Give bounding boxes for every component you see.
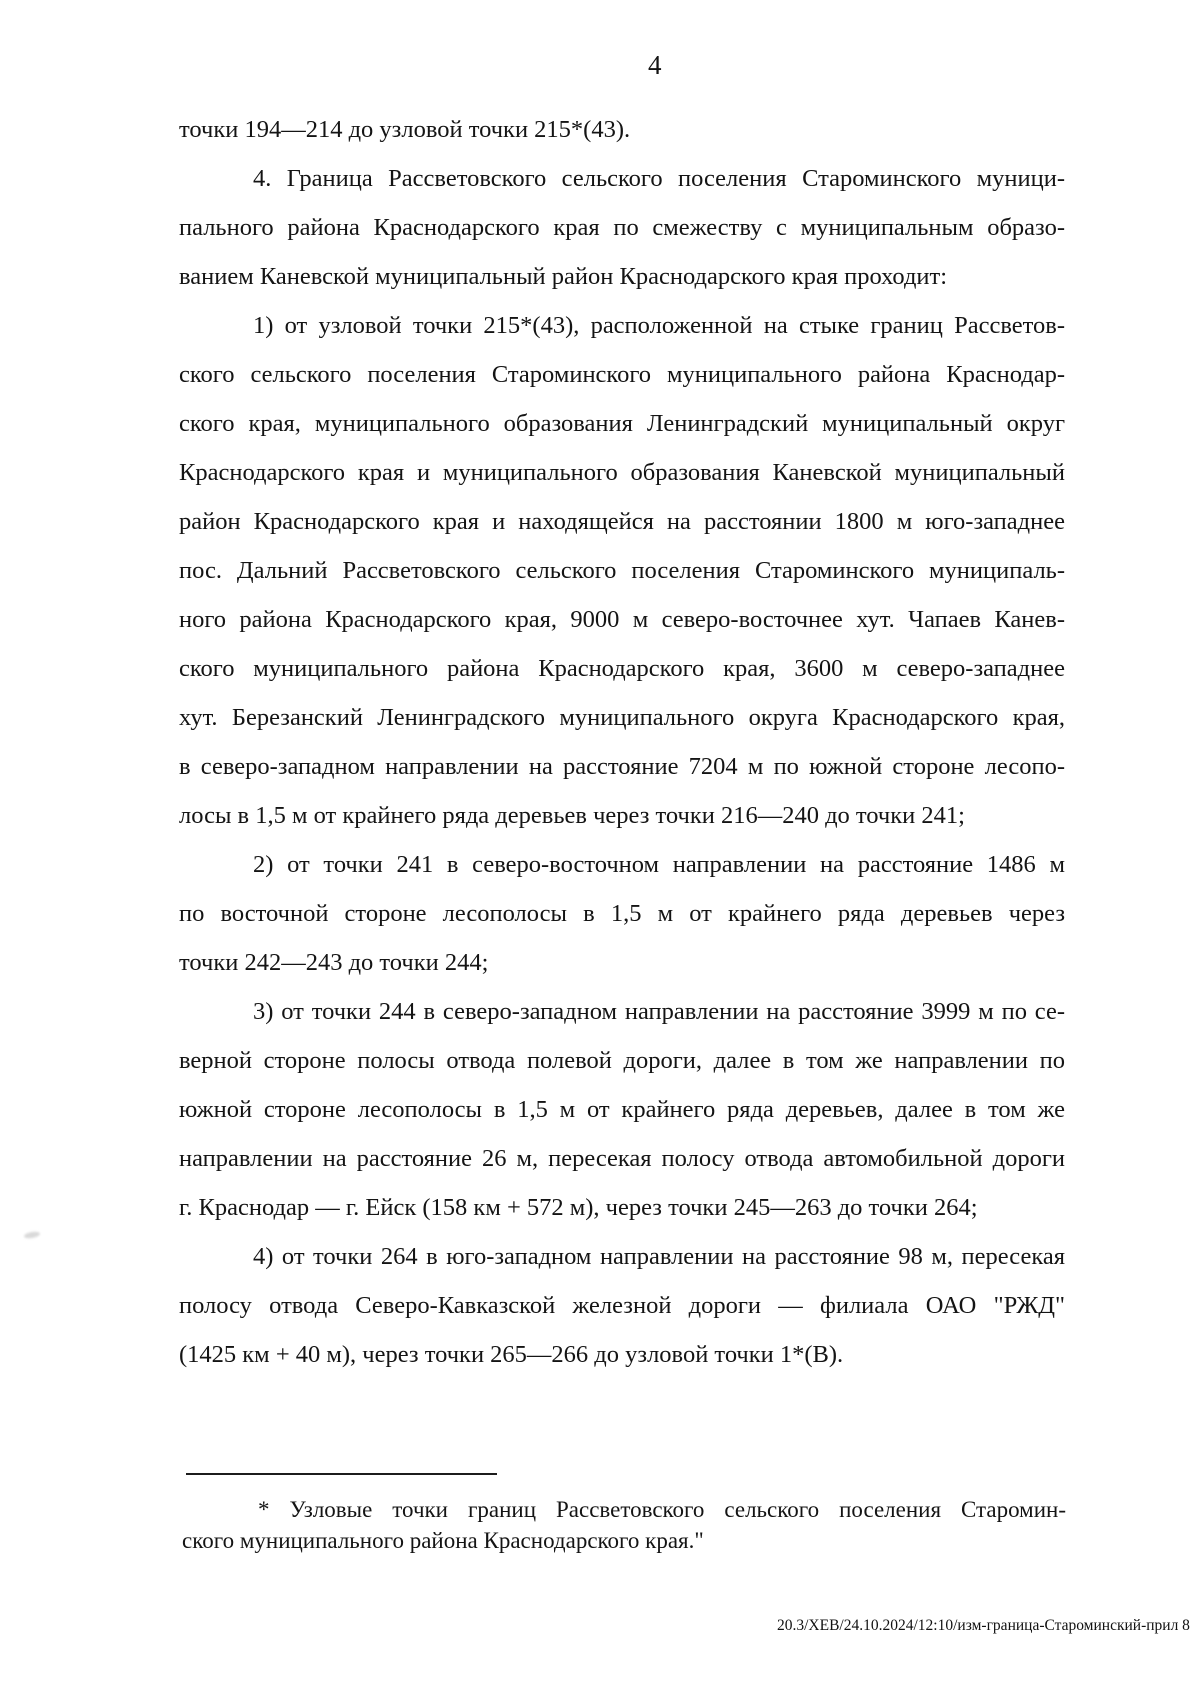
scanned-document-page: 4 точки 194—214 до узловой точки 215*(43… [0,0,1200,1697]
doc-line: пального района Краснодарского края по с… [179,203,1065,252]
doc-line: район Краснодарского края и находящейся … [179,497,1065,546]
doc-line: 4) от точки 264 в юго-западном направлен… [179,1232,1065,1281]
document-code-footer: 20.3/ХЕВ/24.10.2024/12:10/изм-граница-Ст… [777,1617,1190,1635]
doc-line: точки 242—243 до точки 244; [179,938,1065,987]
doc-line: Краснодарского края и муниципального обр… [179,448,1065,497]
doc-line: ского края, муниципального образования Л… [179,399,1065,448]
doc-line: точки 194—214 до узловой точки 215*(43). [179,105,1065,154]
doc-line: по восточной стороне лесополосы в 1,5 м … [179,889,1065,938]
footnote-line: * Узловые точки границ Рассветовского се… [182,1494,1066,1525]
page-number: 4 [648,52,662,79]
doc-line: южной стороне лесополосы в 1,5 м от край… [179,1085,1065,1134]
document-body: точки 194—214 до узловой точки 215*(43).… [179,105,1065,1379]
footnote: * Узловые точки границ Рассветовского се… [182,1494,1066,1556]
doc-line: верной стороне полосы отвода полевой дор… [179,1036,1065,1085]
doc-line: полосу отвода Северо-Кавказской железной… [179,1281,1065,1330]
doc-line: 3) от точки 244 в северо-западном направ… [179,987,1065,1036]
doc-line: ванием Каневской муниципальный район Кра… [179,252,1065,301]
doc-line: ского муниципального района Краснодарско… [179,644,1065,693]
footnote-rule [186,1473,497,1475]
doc-line: г. Краснодар — г. Ейск (158 км + 572 м),… [179,1183,1065,1232]
doc-line: ского сельского поселения Староминского … [179,350,1065,399]
scan-artifact-mark [24,1231,41,1240]
doc-line: в северо-западном направлении на расстоя… [179,742,1065,791]
doc-line: ного района Краснодарского края, 9000 м … [179,595,1065,644]
doc-line: 1) от узловой точки 215*(43), расположен… [179,301,1065,350]
doc-line: (1425 км + 40 м), через точки 265—266 до… [179,1330,1065,1379]
doc-line: лосы в 1,5 м от крайнего ряда деревьев ч… [179,791,1065,840]
footnote-line: ского муниципального района Краснодарско… [182,1525,1066,1556]
doc-line: хут. Березанский Ленинградского муниципа… [179,693,1065,742]
doc-line: 2) от точки 241 в северо-восточном напра… [179,840,1065,889]
doc-line: пос. Дальний Рассветовского сельского по… [179,546,1065,595]
doc-line: направлении на расстояние 26 м, пересека… [179,1134,1065,1183]
doc-line: 4. Граница Рассветовского сельского посе… [179,154,1065,203]
